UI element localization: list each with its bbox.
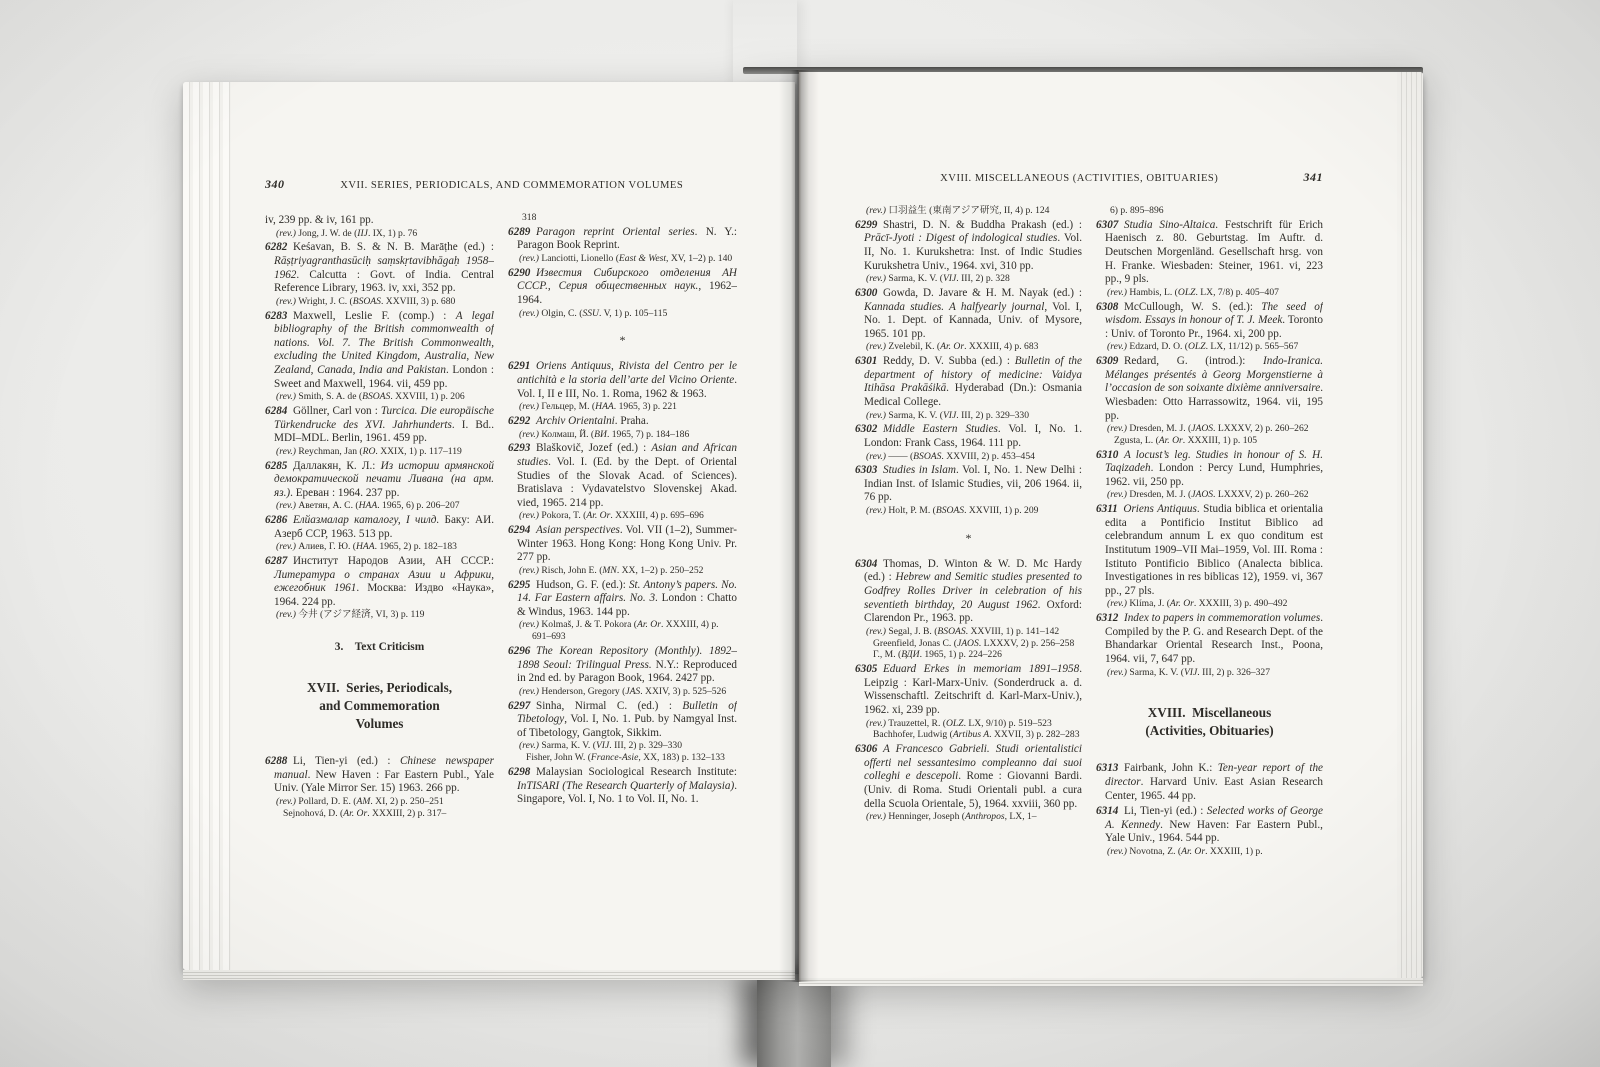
review-citation: (rev.) —— (BSOAS. XXVIII, 2) p. 453–454 xyxy=(855,451,1082,463)
bibliography-entry: 6295 Hudson, G. F. (ed.): St. Antony’s p… xyxy=(508,579,737,620)
bibliography-entry: 6305 Eduard Erkes in memoriam 1891–1958.… xyxy=(855,663,1082,717)
review-citation: (rev.) Segal, J. B. (BSOAS. XXVIII, 1) p… xyxy=(855,626,1082,638)
review-citation: (rev.) Zvelebil, K. (Ar. Or. XXXIII, 4) … xyxy=(855,341,1082,353)
review-citation-secondary: Sejnohová, D. (Ar. Or. XXXIII, 2) p. 317… xyxy=(265,808,494,820)
review-citation: (rev.) Henderson, Gregory (JAS. XXIV, 3)… xyxy=(508,686,737,698)
chapter-heading: XVIII. Miscellaneous(Activities, Obituar… xyxy=(1096,704,1323,740)
bibliography-entry: 6311 Oriens Antiquus. Studia biblica et … xyxy=(1096,503,1323,598)
left-page-columns: iv, 239 pp. & iv, 161 pp.(rev.) Jong, J.… xyxy=(265,212,739,820)
page-left-content: 340 XVII. SERIES, PERIODICALS, AND COMME… xyxy=(265,177,739,934)
review-citation: (rev.) Колмаш, Й. (ВИ. 1965, 7) p. 184–1… xyxy=(508,429,737,441)
review-citation: (rev.) Dresden, M. J. (JAOS. LXXXV, 2) p… xyxy=(1096,423,1323,435)
review-citation: (rev.) Sarma, K. V. (VIJ. III, 2) p. 328 xyxy=(855,273,1082,285)
bibliography-entry: 6309 Redard, G. (introd.): Indo-Iranica.… xyxy=(1096,355,1323,423)
left-column-1: iv, 239 pp. & iv, 161 pp.(rev.) Jong, J.… xyxy=(265,212,494,820)
review-citation: (rev.) Edzard, D. O. (OLZ. LX, 11/12) p.… xyxy=(1096,341,1323,353)
bibliography-entry: 6307 Studia Sino-Altaica. Festschrift fü… xyxy=(1096,219,1323,287)
review-citation: (rev.) Аветян, А. С. (НАА. 1965, 6) p. 2… xyxy=(265,500,494,512)
review-citation: (rev.) 今井 (アジア経済, VI, 3) p. 119 xyxy=(265,609,494,621)
bibliography-entry: 6288 Li, Tien-yi (ed.) : Chinese newspap… xyxy=(265,755,494,796)
bibliography-entry: 6291 Oriens Antiquus, Rivista del Centro… xyxy=(508,360,737,401)
review-citation: (rev.) Risch, John E. (MN. XX, 1–2) p. 2… xyxy=(508,565,737,577)
review-citation: (rev.) Sarma, K. V. (VIJ. III, 2) p. 329… xyxy=(508,740,737,752)
review-citation: (rev.) Reychman, Jan (RO. XXIX, 1) p. 11… xyxy=(265,446,494,458)
page-left-340: 340 XVII. SERIES, PERIODICALS, AND COMME… xyxy=(183,82,795,970)
chapter-heading: XVII. Series, Periodicals,and Commemorat… xyxy=(265,679,494,733)
bibliography-entry: 6299 Shastri, D. N. & Buddha Prakash (ed… xyxy=(855,219,1082,273)
right-column-2: 6) p. 895–8966307 Studia Sino-Altaica. F… xyxy=(1096,205,1323,858)
bookmark-ribbon-bottom xyxy=(757,974,831,1067)
review-citation: (rev.) Wright, J. C. (BSOAS. XXVIII, 3) … xyxy=(265,296,494,308)
review-citation-secondary: Bachhofer, Ludwig (Artibus A. XXVII, 3) … xyxy=(855,729,1082,741)
bibliography-entry: 6289 Paragon reprint Oriental series. N.… xyxy=(508,226,737,253)
review-citation: (rev.) 口羽益生 (東南アジア研究, II, 4) p. 124 xyxy=(855,205,1082,217)
section-heading: 3. Text Criticism xyxy=(265,641,494,653)
review-continuation: 6) p. 895–896 xyxy=(1096,205,1323,217)
review-citation-secondary: Fisher, John W. (France-Asie, XX, 183) p… xyxy=(508,752,737,764)
bibliography-entry: 6304 Thomas, D. Winton & W. D. Mc Hardy … xyxy=(855,558,1082,626)
bibliography-entry: 6297 Sinha, Nirmal C. (ed.) : Bulletin o… xyxy=(508,700,737,741)
bibliography-entry: 6303 Studies in Islam. Vol. I, No. 1. Ne… xyxy=(855,464,1082,505)
review-citation-secondary: Zgusta, L. (Ar. Or. XXXIII, 1) p. 105 xyxy=(1096,435,1323,447)
running-head-right: XVIII. MISCELLANEOUS (ACTIVITIES, OBITUA… xyxy=(855,170,1323,185)
page-number-left: 340 xyxy=(265,177,285,192)
bibliography-entry: 6292 Archiv Orientalni. Praha. xyxy=(508,415,737,429)
review-citation: (rev.) Алиев, Г. Ю. (НАА. 1965, 2) p. 18… xyxy=(265,541,494,553)
bibliography-entry: 6306 A Francesco Gabrieli. Studi orienta… xyxy=(855,743,1082,811)
running-title-left: XVII. SERIES, PERIODICALS, AND COMMEMORA… xyxy=(285,180,740,191)
review-citation: (rev.) Kolmaš, J. & T. Pokora (Ar. Or. X… xyxy=(508,619,737,643)
left-column-2: 3186289 Paragon reprint Oriental series.… xyxy=(508,212,737,820)
bibliography-entry: 6294 Asian perspectives. Vol. VII (1–2),… xyxy=(508,524,737,565)
review-citation: (rev.) Sarma, K. V. (VIJ. III, 2) p. 326… xyxy=(1096,667,1323,679)
review-citation: (rev.) Pokora, T. (Ar. Or. XXXIII, 4) p.… xyxy=(508,510,737,522)
bibliography-entry: 6308 McCullough, W. S. (ed.): The seed o… xyxy=(1096,301,1323,342)
review-citation: (rev.) Trauzettel, R. (OLZ. LX, 9/10) p.… xyxy=(855,718,1082,730)
bibliography-entry: 6314 Li, Tien-yi (ed.) : Selected works … xyxy=(1096,805,1323,846)
bibliography-entry: 6286 Елйазмалар каталогу, I чилд. Баку: … xyxy=(265,514,494,541)
review-citation: (rev.) Smith, S. A. de (BSOAS. XXVIII, 1… xyxy=(265,391,494,403)
right-column-1: (rev.) 口羽益生 (東南アジア研究, II, 4) p. 1246299 … xyxy=(855,205,1082,858)
bibliography-entry: 6287 Институт Народов Азии, АН СССР.: Ли… xyxy=(265,555,494,609)
review-citation: (rev.) Гельцер, М. (НАА. 1965, 3) p. 221 xyxy=(508,401,737,413)
review-citation: (rev.) Olgin, C. (SSU. V, 1) p. 105–115 xyxy=(508,308,737,320)
bibliography-entry: 6298 Malaysian Sociological Research Ins… xyxy=(508,766,737,807)
review-citation: (rev.) Henninger, Joseph (Anthropos, LX,… xyxy=(855,811,1082,823)
bibliography-entry: 6300 Gowda, D. Javare & H. M. Nayak (ed.… xyxy=(855,287,1082,341)
separator-star: * xyxy=(508,333,737,348)
review-citation-secondary: Greenfield, Jonas C. (JAOS. LXXXV, 2) p.… xyxy=(855,638,1082,650)
right-page-columns: (rev.) 口羽益生 (東南アジア研究, II, 4) p. 1246299 … xyxy=(855,205,1323,858)
review-citation: (rev.) Dresden, M. J. (JAOS. LXXXV, 2) p… xyxy=(1096,489,1323,501)
review-citation: (rev.) Hambis, L. (OLZ. LX, 7/8) p. 405–… xyxy=(1096,287,1323,299)
bibliography-entry: 6296 The Korean Repository (Monthly). 18… xyxy=(508,645,737,686)
review-citation: (rev.) Klíma, J. (Ar. Or. XXXIII, 3) p. … xyxy=(1096,598,1323,610)
review-citation: (rev.) Sarma, K. V. (VIJ. III, 2) p. 329… xyxy=(855,410,1082,422)
bibliography-entry: 6282 Keśavan, B. S. & N. B. Marāṭhe (ed.… xyxy=(265,241,494,295)
separator-star: * xyxy=(855,531,1082,546)
review-citation: (rev.) Lanciotti, Lionello (East & West,… xyxy=(508,253,737,265)
bibliography-entry: 6301 Reddy, D. V. Subba (ed.) : Bulletin… xyxy=(855,355,1082,409)
review-citation: (rev.) Novotna, Z. (Ar. Or. XXXIII, 1) p… xyxy=(1096,846,1323,858)
page-right-content: XVIII. MISCELLANEOUS (ACTIVITIES, OBITUA… xyxy=(855,170,1323,942)
photo-backdrop: 340 XVII. SERIES, PERIODICALS, AND COMME… xyxy=(0,0,1600,1067)
running-head-left: 340 XVII. SERIES, PERIODICALS, AND COMME… xyxy=(265,177,739,192)
bibliography-entry: 6293 Blaškovič, Jozef (ed.) : Asian and … xyxy=(508,442,737,510)
open-book: 340 XVII. SERIES, PERIODICALS, AND COMME… xyxy=(183,70,1423,982)
bibliography-entry: 6290 Известия Сибирского отделения АН СС… xyxy=(508,267,737,308)
review-citation: (rev.) Jong, J. W. de (IIJ. IX, 1) p. 76 xyxy=(265,228,494,240)
page-right-341: XVIII. MISCELLANEOUS (ACTIVITIES, OBITUA… xyxy=(799,72,1423,978)
review-continuation: 318 xyxy=(508,212,737,224)
bibliography-entry: 6284 Göllner, Carl von : Turcica. Die eu… xyxy=(265,405,494,446)
bibliography-entry: 6310 A locust’s leg. Studies in honour o… xyxy=(1096,449,1323,490)
review-citation: (rev.) Holt, P. M. (BSOAS. XXVIII, 1) p.… xyxy=(855,505,1082,517)
bibliography-entry: 6313 Fairbank, John K.: Ten-year report … xyxy=(1096,762,1323,803)
review-citation-secondary: Г., М. (ВДИ. 1965, 1) p. 224–226 xyxy=(855,649,1082,661)
entry-continuation: iv, 239 pp. & iv, 161 pp. xyxy=(265,214,494,228)
page-number-right: 341 xyxy=(1304,170,1324,185)
bibliography-entry: 6312 Index to papers in commemoration vo… xyxy=(1096,612,1323,666)
bibliography-entry: 6283 Maxwell, Leslie F. (comp.) : A lega… xyxy=(265,310,494,392)
review-citation: (rev.) Pollard, D. E. (AM. XI, 2) p. 250… xyxy=(265,796,494,808)
running-title-right: XVIII. MISCELLANEOUS (ACTIVITIES, OBITUA… xyxy=(855,173,1304,184)
bibliography-entry: 6302 Middle Eastern Studies. Vol. I, No.… xyxy=(855,423,1082,450)
bibliography-entry: 6285 Даллакян, К. Л.: Из истории армянск… xyxy=(265,460,494,501)
